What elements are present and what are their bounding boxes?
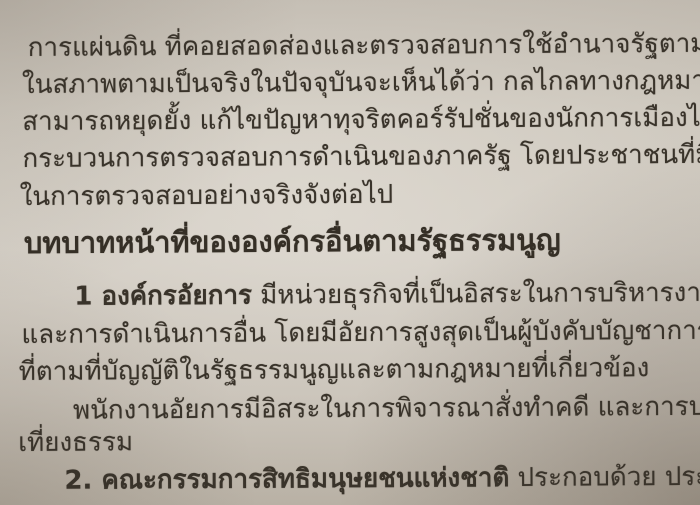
section-heading: บทบาทหน้าที่ขององค์กรอื่นตามรัฐธรรมนูญ: [24, 223, 561, 260]
item2-number-title: 2. คณะกรรมการสิทธิมนุษยชนแห่งชาติ: [64, 463, 509, 496]
intro-line-1: การแผ่นดิน ที่คอยสอดส่องและตรวจสอบการใช้…: [28, 26, 700, 65]
item1-text-before-highlight: มีหน่วยธุรกิจที่เป็นอิสระในการบริหารงาน: [252, 278, 700, 311]
book-page-photo: การแผ่นดิน ที่คอยสอดส่องและตรวจสอบการใช้…: [0, 0, 700, 505]
intro-line-2: ในสภาพตามเป็นจริงในปัจจุบันจะเห็นได้ว่า …: [22, 63, 700, 102]
page-text-layer: การแผ่นดิน ที่คอยสอดส่องและตรวจสอบการใช้…: [0, 0, 700, 505]
item1-line-2: และการดำเนินการอื่น โดยมีอัยการสูงสุดเป็…: [21, 313, 700, 352]
intro-line-3: สามารถหยุดยั้ง แก้ไขปัญหาทุจริตคอร์รัปชั…: [22, 100, 700, 139]
aftocar-line-2: เที่ยงธรรม: [18, 425, 133, 460]
item1-line-3: ที่ตามที่บัญญัติในรัฐธรรมนูญและตามกฎหมาย…: [19, 351, 650, 389]
intro-line-4: กระบวนการตรวจสอบการดำเนินของภาครัฐ โดยปร…: [22, 136, 700, 176]
intro-line-5: ในการตรวจสอบอย่างจริงจังต่อไป: [20, 178, 394, 214]
aftocar-line-1: พนักงานอัยการมีอิสระในการพิจารณาสั่งทำคด…: [73, 389, 700, 428]
item1-line-1: 1 องค์กรอัยการ มีหน่วยธุรกิจที่เป็นอิสระ…: [74, 275, 700, 314]
item1-number-title: 1 องค์กรอัยการ: [74, 281, 252, 312]
item2-text-after: ประกอบด้วย ประธานกรรมา: [509, 461, 700, 493]
item2-line-1: 2. คณะกรรมการสิทธิมนุษยชนแห่งชาติ ประกอบ…: [64, 459, 700, 498]
